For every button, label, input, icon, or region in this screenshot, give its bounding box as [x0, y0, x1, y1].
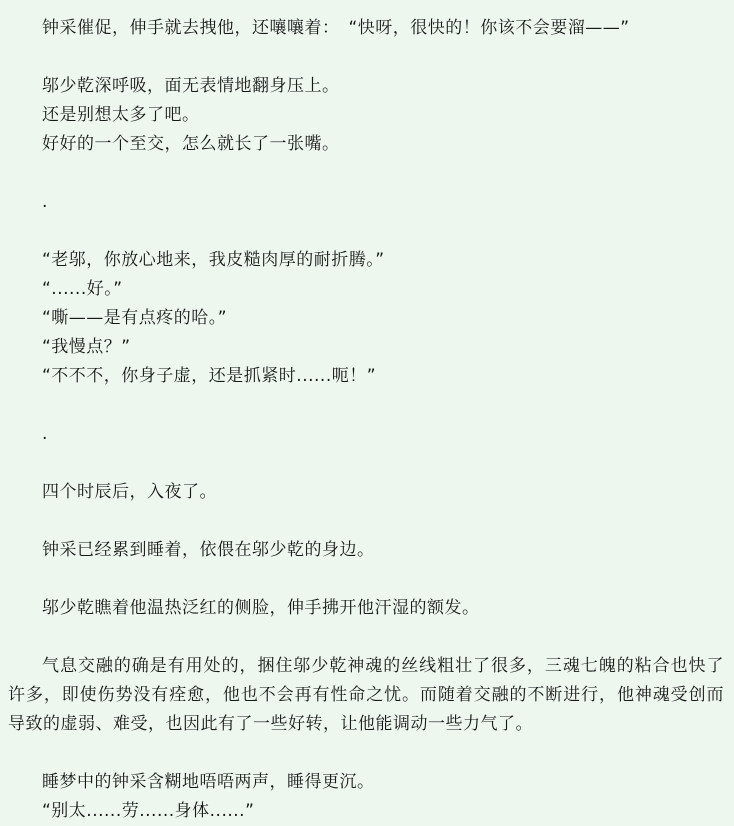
- paragraph: 钟采催促，伸手就去拽他，还嚷嚷着： “快呀，很快的！你该不会要溜——”: [8, 14, 724, 43]
- paragraph: 气息交融的确是有用处的，捆住邬少乾神魂的丝线粗壮了很多，三魂七魄的粘合也快了许多…: [8, 652, 724, 739]
- paragraph: 睡梦中的钟采含糊地唔唔两声，睡得更沉。: [8, 768, 724, 797]
- dialogue-paragraph: “不不不，你身子虚，还是抓紧时......呃！”: [8, 362, 724, 391]
- paragraph: 四个时辰后，入夜了。: [8, 478, 724, 507]
- dialogue-paragraph: “嘶——是有点疼的哈。”: [8, 304, 724, 333]
- scene-break-dot: .: [8, 420, 724, 449]
- paragraph: 好好的一个至交，怎么就长了一张嘴。: [8, 130, 724, 159]
- dialogue-paragraph: “别太......劳......身体......”: [8, 797, 724, 826]
- dialogue-paragraph: “......好。”: [8, 275, 724, 304]
- paragraph: 邬少乾深呼吸，面无表情地翻身压上。: [8, 72, 724, 101]
- paragraph: 邬少乾瞧着他温热泛红的侧脸，伸手拂开他汗湿的额发。: [8, 594, 724, 623]
- paragraph: 钟采已经累到睡着，依偎在邬少乾的身边。: [8, 536, 724, 565]
- scene-break-dot: .: [8, 188, 724, 217]
- paragraph: 还是别想太多了吧。: [8, 101, 724, 130]
- novel-reader-page: 钟采催促，伸手就去拽他，还嚷嚷着： “快呀，很快的！你该不会要溜——” 邬少乾深…: [0, 0, 734, 826]
- dialogue-paragraph: “老邬，你放心地来，我皮糙肉厚的耐折腾。”: [8, 246, 724, 275]
- dialogue-paragraph: “我慢点？”: [8, 333, 724, 362]
